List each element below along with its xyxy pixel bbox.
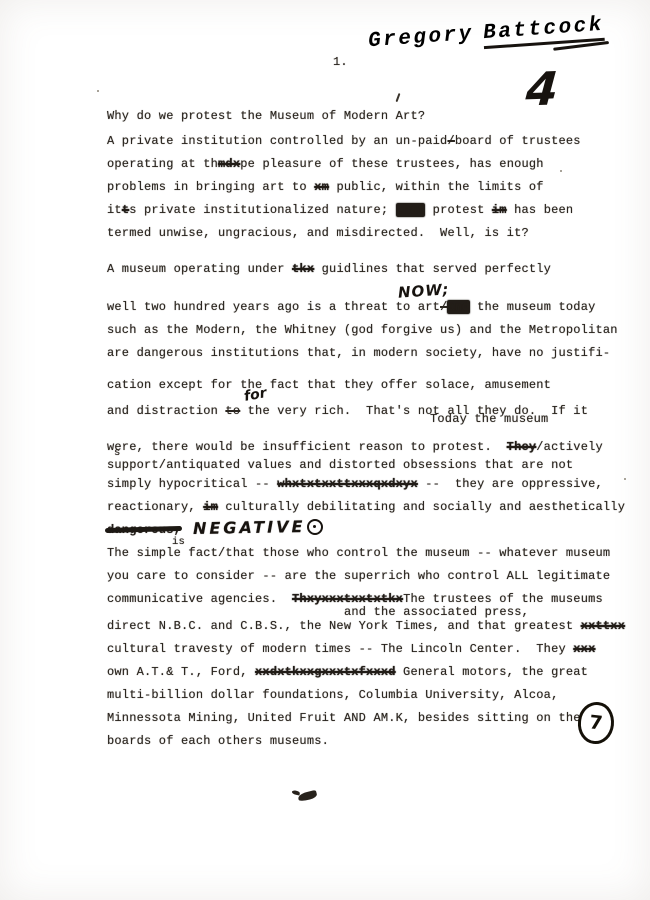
p4-line6: own A.T.& T., Ford, xxdxtkxxgxxxtxfxxxd … — [107, 665, 588, 680]
text-segment: /that those who control the museum -- wh… — [218, 546, 610, 560]
paper-speck — [97, 90, 99, 92]
text-segment: public, within the limits of — [329, 180, 544, 194]
text-segment: A museum operating under — [107, 262, 292, 276]
handwritten-for-correction: for — [243, 385, 268, 405]
text-segment: s private institutionalized nature; — [129, 203, 395, 217]
typed-insertion-today: Today the museum — [430, 412, 548, 426]
text-segment: The simple fact — [107, 546, 218, 560]
text-segment: -- they are oppressive, — [418, 477, 603, 491]
struck-text: whxtxtxxttxxxqxdxyx — [277, 477, 418, 491]
handwritten-negative: NEGATIVE — [193, 519, 306, 536]
text-segment: well two hundred years ago is a threat t… — [107, 300, 440, 314]
document-title: Why do we protest the Museum of Modern A… — [107, 109, 425, 124]
paper-speck — [624, 478, 626, 480]
text-segment: board of trustees — [455, 134, 581, 148]
text-segment: own A.T.& T., Ford, — [107, 665, 255, 679]
smeared-out-word: dangerous, — [107, 523, 181, 537]
handwritten-page-number: 4 — [524, 61, 560, 116]
text-segment: culturally debilitating and socially and… — [218, 500, 625, 514]
p1-line3: problems in bringing art to xm public, w… — [107, 180, 544, 195]
p2-line4: are dangerous institutions that, in mode… — [107, 346, 610, 361]
struck-text: xxttxx — [581, 619, 625, 633]
p4-line4: direct N.B.C. and C.B.S., the New York T… — [107, 619, 625, 634]
struck-text: im — [203, 500, 218, 514]
hand-slash-mark: / — [447, 134, 454, 148]
typed-page-number: 1. — [333, 55, 348, 70]
p3-line3: were, there would be insufficient reason… — [107, 440, 603, 455]
ink-smudge — [297, 790, 317, 802]
p4-line1: The simple fact/that those who control t… — [107, 546, 610, 561]
struck-text: xxdxtkxxgxxxtxfxxxd — [255, 665, 396, 679]
text-segment: The trustees of the museums — [403, 592, 603, 606]
text-segment: it — [107, 203, 122, 217]
typed-insertion-associated-press: and the associated press, — [344, 605, 529, 619]
struck-text: Thxyxxxtxxtxtkx — [292, 592, 403, 606]
text-segment: General motors, the great — [396, 665, 588, 679]
text-segment: the museum today — [470, 300, 596, 314]
p1-line5: termed unwise, ungracious, and misdirect… — [107, 226, 529, 241]
paper-speck — [560, 170, 562, 172]
text-segment: guidlines that served perfectly — [314, 262, 551, 276]
p4-line2: you care to consider -- are the superric… — [107, 569, 610, 584]
circled-period-mark — [307, 519, 323, 535]
struck-text: xxx — [573, 642, 595, 656]
p2-line1: A museum operating under tkx guidlines t… — [107, 262, 551, 277]
signature-last-name: Battcock — [483, 14, 605, 49]
p3-line6: reactionary, im culturally debilitating … — [107, 500, 625, 515]
p2-line2: well two hundred years ago is a threat t… — [107, 300, 596, 315]
text-segment: simply hypocritical -- — [107, 477, 277, 491]
text-segment: and distraction — [107, 404, 225, 418]
p3-line7: dangerous,NEGATIVE — [107, 519, 323, 538]
struck-text: im — [492, 203, 507, 217]
text-segment: problems in bringing art to — [107, 180, 314, 194]
blotted-text: and — [447, 300, 469, 314]
p3-line4: support/antiquated values and distorted … — [107, 458, 573, 473]
struck-text: mdx — [218, 157, 240, 171]
handwritten-signature: Gregory Battcock — [367, 14, 604, 53]
text-segment: reactionary, — [107, 500, 203, 514]
p3-line5: simply hypocritical -- whxtxtxxttxxxqxdx… — [107, 477, 603, 492]
text-segment: protest — [425, 203, 492, 217]
text-segment: /actively — [536, 440, 603, 454]
text-segment: cultural travesty of modern times -- The… — [107, 642, 573, 656]
scanned-manuscript-page: 1. Gregory Battcock 4 Why do we protest … — [0, 0, 650, 900]
stray-ink-tick — [396, 93, 400, 102]
text-segment: were, there would be insufficient reason… — [107, 440, 507, 454]
struck-text: xm — [314, 180, 329, 194]
blotted-text: that — [396, 203, 426, 217]
text-segment: pe pleasure of these trustees, has enoug… — [240, 157, 543, 171]
p1-line4: itts private institutionalized nature; t… — [107, 203, 573, 218]
hand-struck-word: to — [225, 404, 240, 418]
struck-text: They — [507, 440, 537, 454]
p4-line9: boards of each others museums. — [107, 734, 329, 749]
p4-line5: cultural travesty of modern times -- The… — [107, 642, 596, 657]
p1-line1: A private institution controlled by an u… — [107, 134, 581, 149]
text-segment: has been — [507, 203, 574, 217]
p2-line3: such as the Modern, the Whitney (god for… — [107, 323, 618, 338]
text-segment: operating at th — [107, 157, 218, 171]
text-segment: direct N.B.C. and C.B.S., the New York T… — [107, 619, 581, 633]
p4-line8: Minnessota Mining, United Fruit AND AM.K… — [107, 711, 581, 726]
p1-line2: operating at thmdxpe pleasure of these t… — [107, 157, 544, 172]
handwritten-circled-number: 7 — [576, 700, 616, 746]
p4-line7: multi-billion dollar foundations, Columb… — [107, 688, 558, 703]
text-segment: A private institution controlled by an u… — [107, 134, 447, 148]
text-segment: communicative agencies. — [107, 592, 292, 606]
p3-line1: cation except for the fact that they off… — [107, 378, 551, 393]
struck-text: tkx — [292, 262, 314, 276]
signature-first-name: Gregory — [367, 23, 474, 53]
handwritten-now-insertion: NOW; — [397, 280, 450, 302]
